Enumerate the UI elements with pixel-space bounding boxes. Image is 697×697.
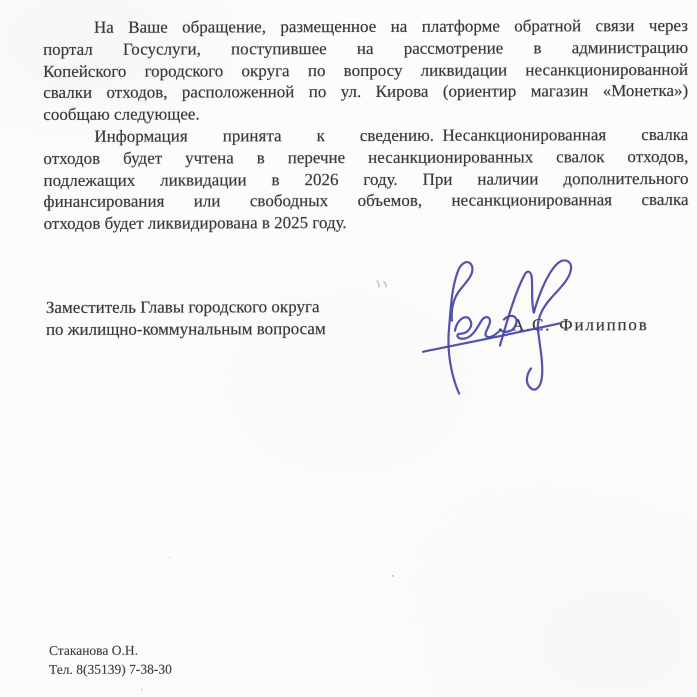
contact-name: Стаканова О.Н. (49, 642, 172, 661)
paragraph-line: Информация принята к сведению. Несанкцио… (43, 124, 688, 148)
signer-title-line2: по жилищно-коммунальным вопросам (46, 318, 326, 341)
signer-name: А.С. Филиппов (512, 315, 649, 335)
scan-speck (169, 557, 171, 559)
scan-speck (141, 689, 143, 691)
paragraph-line: Копейского городского округа по вопросу … (43, 59, 688, 83)
paragraph-line: сообщаю следующее. (43, 102, 688, 126)
scanned-letter-page: На Ваше обращение, размещенное на платфо… (0, 0, 697, 697)
paragraph-line: финансирования или свободных объемов, не… (44, 189, 689, 213)
letter-body: На Ваше обращение, размещенное на платфо… (43, 15, 689, 235)
paragraph-line: свалки отходов, расположенной по ул. Кир… (43, 80, 688, 104)
signer-title-line1: Заместитель Главы городского округа (46, 296, 326, 319)
paragraph-line: На Ваше обращение, размещенное на платфо… (43, 15, 688, 39)
paragraph-line: подлежащих ликвидации в 2026 году. При н… (43, 168, 688, 192)
signer-title: Заместитель Главы городского округа по ж… (46, 296, 326, 341)
paragraph-1: На Ваше обращение, размещенное на платфо… (43, 15, 688, 126)
footer-contacts: Стаканова О.Н. Тел. 8(35139) 7-38-30 (49, 642, 172, 679)
paragraph-line: отходов будет ликвидирована в 2025 году. (44, 211, 689, 235)
paragraph-line: портал Госуслуги, поступившее на рассмот… (43, 37, 688, 61)
paragraph-2: Информация принята к сведению. Несанкцио… (43, 124, 688, 235)
contact-phone: Тел. 8(35139) 7-38-30 (49, 660, 172, 679)
scan-speck (392, 575, 394, 577)
scan-content: На Ваше обращение, размещенное на платфо… (0, 0, 697, 697)
paragraph-line: отходов будет учтена в перечне несанкцио… (43, 146, 688, 170)
